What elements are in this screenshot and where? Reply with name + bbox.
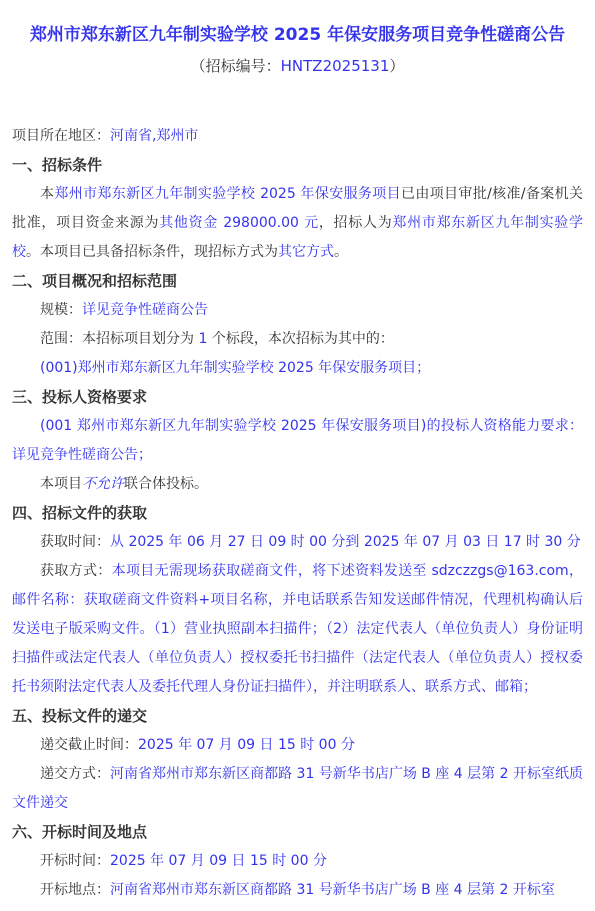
text-segment: 二、项目概况和招标范围	[12, 272, 177, 290]
scope-line: 范围：本招标项目划分为 1 个标段，本次招标为其中的：	[12, 325, 583, 354]
submit-deadline-line: 递交截止时间：2025 年 07 月 09 日 15 时 00 分	[12, 731, 583, 760]
announcement-title: 郑州市郑东新区九年制实验学校 2025 年保安服务项目竞争性磋商公告	[12, 22, 583, 48]
text-segment: 开标时间：	[40, 853, 110, 869]
section-1-heading: 一、招标条件	[12, 151, 583, 180]
submit-method-paragraph: 递交方式：河南省郑州市郑东新区商都路 31 号新华书店广场 B 座 4 层第 2…	[12, 760, 583, 818]
section-1-paragraph: 本郑州市郑东新区九年制实验学校 2025 年保安服务项目已由项目审批/核准/备案…	[12, 180, 583, 267]
opening-time-line: 开标时间：2025 年 07 月 09 日 15 时 00 分	[12, 847, 583, 876]
text-segment: 其它方式	[278, 244, 334, 260]
text-segment: 获取时间：	[40, 534, 110, 550]
text-segment: 河南省,郑州市	[110, 128, 198, 144]
text-segment: 递交截止时间：	[40, 737, 138, 753]
text-segment: 范围：本招标项目划分为	[40, 331, 198, 347]
text-segment: 2025 年 07 月 09 日 15 时 00 分	[110, 853, 327, 869]
text-segment: (001)郑州市郑东新区九年制实验学校 2025 年保安服务项目；	[40, 360, 430, 376]
obtain-time-line: 获取时间：从 2025 年 06 月 27 日 09 时 00 分到 2025 …	[12, 528, 583, 557]
opening-place-line: 开标地点：河南省郑州市郑东新区商都路 31 号新华书店广场 B 座 4 层第 2…	[12, 876, 583, 905]
tender-number-line: （招标编号：HNTZ2025131）	[12, 54, 583, 78]
text-segment: 开标地点：	[40, 882, 110, 898]
text-segment: 详见竞争性磋商公告	[82, 302, 208, 318]
section-2-heading: 二、项目概况和招标范围	[12, 267, 583, 296]
section-6-heading: 六、开标时间及地点	[12, 818, 583, 847]
text-segment: 六、开标时间及地点	[12, 823, 147, 841]
lot-001-line: (001)郑州市郑东新区九年制实验学校 2025 年保安服务项目；	[12, 354, 583, 383]
text-segment: 获取方式：	[40, 563, 112, 579]
scale-line: 规模：详见竞争性磋商公告	[12, 296, 583, 325]
qualification-paragraph: (001 郑州市郑东新区九年制实验学校 2025 年保安服务项目)的投标人资格能…	[12, 412, 583, 470]
text-segment: 郑州市郑东新区九年制实验学校 2025 年保安服务项目竞争性磋商公告	[30, 25, 565, 45]
section-5-heading: 五、投标文件的递交	[12, 702, 583, 731]
text-segment: (001 郑州市郑东新区九年制实验学校 2025 年保安服务项目)的投标人资格能…	[12, 418, 583, 463]
text-segment: 不允许	[82, 476, 124, 492]
text-segment: 。	[334, 244, 348, 260]
text-segment: 河南省郑州市郑东新区商都路 31 号新华书店广场 B 座 4 层第 2 开标室	[110, 882, 555, 898]
project-region-line: 项目所在地区：河南省,郑州市	[12, 122, 583, 151]
text-segment: 从 2025 年 06 月 27 日 09 时 00 分到 2025 年 07 …	[110, 534, 581, 550]
text-segment: HNTZ2025131	[281, 57, 390, 75]
text-segment: 郑州市郑东新区九年制实验学校 2025 年保安服务项目	[54, 186, 401, 202]
obtain-method-paragraph: 获取方式：本项目无需现场获取磋商文件，将下述资料发送至 sdzczzgs@163…	[12, 557, 583, 702]
text-segment: 本项目	[40, 476, 82, 492]
section-4-heading: 四、招标文件的获取	[12, 499, 583, 528]
text-segment: 。本项目已具备招标条件，现招标方式为	[26, 244, 278, 260]
text-segment: 规模：	[40, 302, 82, 318]
text-segment: 一、招标条件	[12, 156, 102, 174]
text-segment: ，招标人为	[319, 215, 393, 231]
text-segment: 三、投标人资格要求	[12, 388, 147, 406]
text-segment: 项目所在地区：	[12, 128, 110, 144]
text-segment: 本	[40, 186, 54, 202]
text-segment: 个标段，本次招标为其中的：	[207, 331, 393, 347]
text-segment: 联合体投标。	[124, 476, 208, 492]
text-segment: 2025 年 07 月 09 日 15 时 00 分	[138, 737, 355, 753]
text-segment: 四、招标文件的获取	[12, 504, 147, 522]
text-segment: 递交方式：	[40, 766, 110, 782]
section-3-heading: 三、投标人资格要求	[12, 383, 583, 412]
text-segment: 其他资金 298000.00 元	[159, 215, 319, 231]
document-body: 郑州市郑东新区九年制实验学校 2025 年保安服务项目竞争性磋商公告（招标编号：…	[0, 0, 595, 905]
text-segment: ）	[389, 57, 404, 75]
text-segment: （招标编号：	[191, 57, 281, 75]
consortium-line: 本项目不允许联合体投标。	[12, 470, 583, 499]
text-segment: 本项目无需现场获取磋商文件，将下述资料发送至 sdzczzgs@163.com，…	[12, 563, 583, 695]
text-segment: 五、投标文件的递交	[12, 707, 147, 725]
